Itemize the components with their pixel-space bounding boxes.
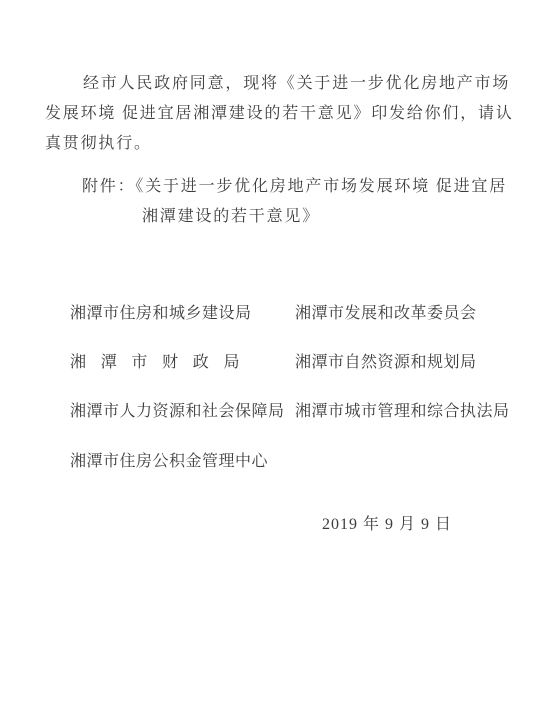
- document-page: 经市人民政府同意，现将《关于进一步优化房地产市场 发展环境 促进宜居湘潭建设的若…: [0, 0, 550, 720]
- agency-name: 湘潭市自然资源和规划局: [295, 352, 477, 374]
- agency-row: 湘潭市财政局 湘潭市自然资源和规划局: [70, 352, 520, 376]
- attachment-line: 附件：《关于进一步优化房地产市场发展环境 促进宜居: [45, 172, 515, 202]
- agency-name: 湘潭市人力资源和社会保障局: [70, 401, 285, 423]
- issue-date: 2019 年 9 月 9 日: [322, 513, 452, 537]
- notice-paragraph: 经市人民政府同意，现将《关于进一步优化房地产市场 发展环境 促进宜居湘潭建设的若…: [45, 69, 515, 159]
- agency-name: 湘潭市住房和城乡建设局: [70, 303, 252, 325]
- attachment-line: 湘潭建设的若干意见》: [45, 202, 515, 232]
- agency-row: 湘潭市人力资源和社会保障局 湘潭市城市管理和综合执法局: [70, 401, 520, 425]
- paragraph-line: 经市人民政府同意，现将《关于进一步优化房地产市场: [45, 69, 515, 99]
- agency-row: 湘潭市住房和城乡建设局 湘潭市发展和改革委员会: [70, 303, 520, 327]
- attachment-reference: 附件：《关于进一步优化房地产市场发展环境 促进宜居 湘潭建设的若干意见》: [45, 172, 515, 232]
- paragraph-line: 真贯彻执行。: [45, 129, 515, 159]
- agency-name: 湘潭市发展和改革委员会: [295, 303, 477, 325]
- agency-row: 湘潭市住房公积金管理中心: [70, 451, 520, 475]
- agency-name: 湘潭市住房公积金管理中心: [70, 451, 268, 473]
- paragraph-line: 发展环境 促进宜居湘潭建设的若干意见》印发给你们，请认: [45, 99, 515, 129]
- agency-name: 湘潭市城市管理和综合执法局: [295, 401, 510, 423]
- agency-name: 湘潭市财政局: [70, 352, 240, 374]
